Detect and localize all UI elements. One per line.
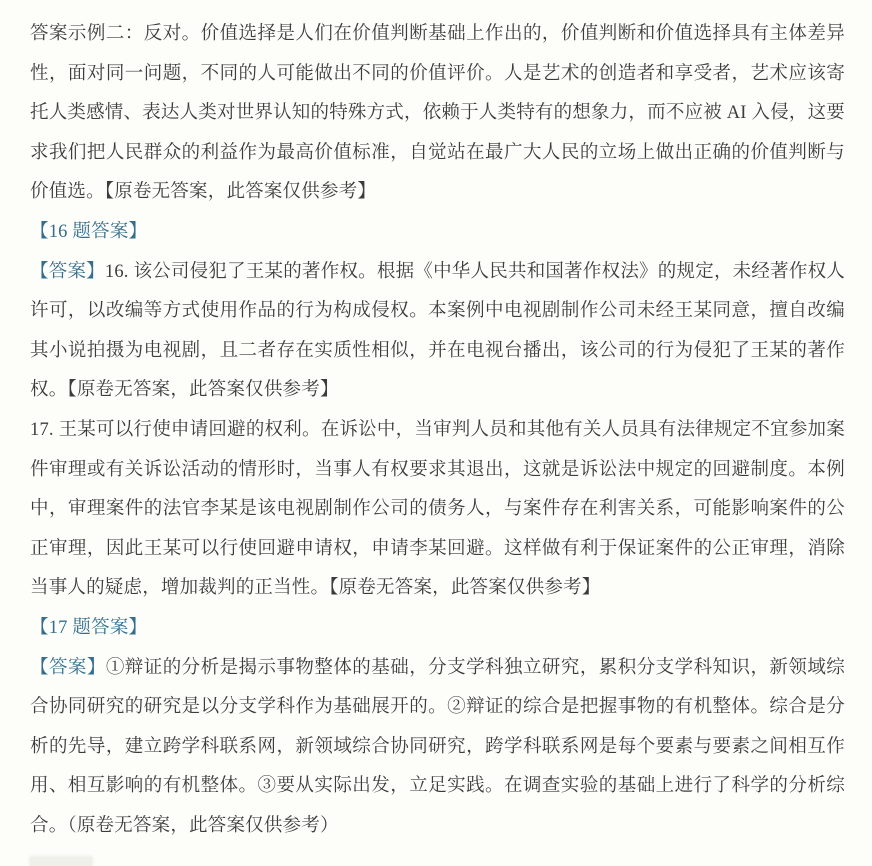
question-17-answer-heading: 【17 题答案】 [30,609,845,649]
answer-16-paragraph: 【答案】16. 该公司侵犯了王某的著作权。根据《中华人民共和国著作权法》的规定，… [30,253,845,411]
document-page: 答案示例二：反对。价值选择是人们在价值判断基础上作出的，价值判断和价值选择具有主… [0,0,872,866]
question-16-answer-heading: 【16 题答案】 [30,213,845,253]
answer-17-label: 【答案】 [30,658,106,678]
answer-16-text: 16. 该公司侵犯了王某的著作权。根据《中华人民共和国著作权法》的规定，未经著作… [30,262,845,401]
answer-17-paragraph: 【答案】①辩证的分析是揭示事物整体的基础，分支学科独立研究，累积分支学科知识，新… [30,649,845,847]
document-content: 答案示例二：反对。价值选择是人们在价值判断基础上作出的，价值判断和价值选择具有主… [30,15,845,846]
answer-17-text: ①辩证的分析是揭示事物整体的基础，分支学科独立研究，累积分支学科知识，新领域综合… [30,658,845,836]
page-bottom-artifact [30,857,92,866]
answer-16-label: 【答案】 [30,262,105,282]
answer-17-part1-paragraph: 17. 王某可以行使申请回避的权利。在诉讼中，当审判人员和其他有关人员具有法律规… [30,411,845,609]
answer-example-two-paragraph: 答案示例二：反对。价值选择是人们在价值判断基础上作出的，价值判断和价值选择具有主… [30,15,845,213]
